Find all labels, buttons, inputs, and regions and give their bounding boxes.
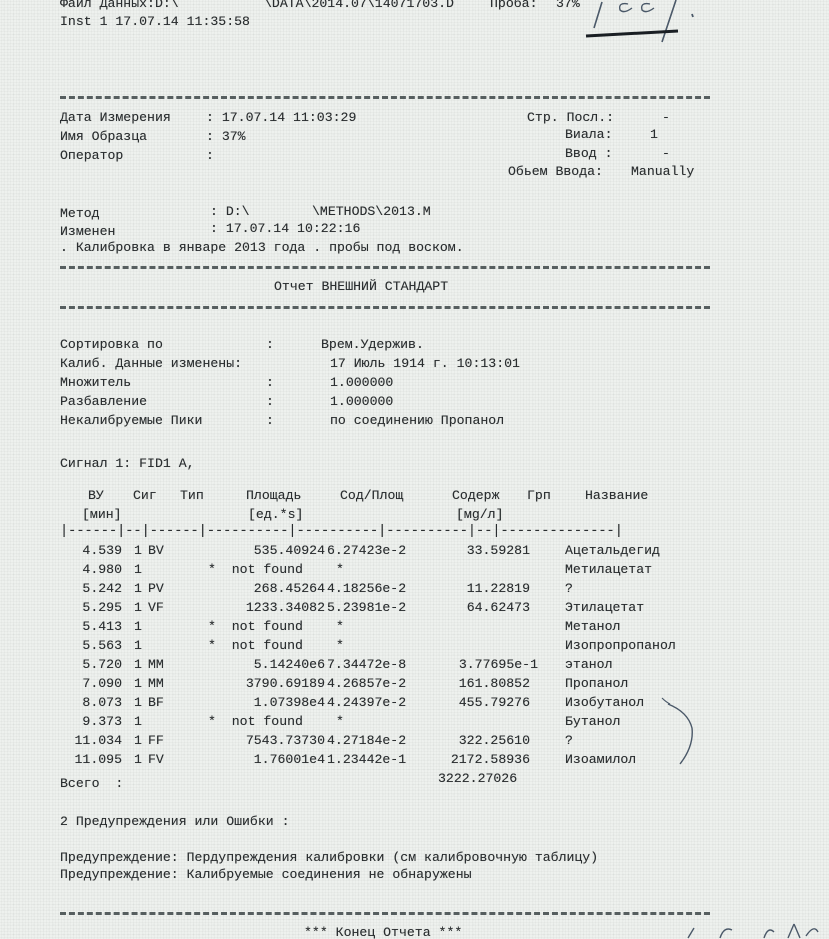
cell-type: FF <box>148 733 164 749</box>
cell-amt-area: * <box>336 714 344 730</box>
setting-label: Сортировка по <box>60 337 163 353</box>
cell-rt: 5.563 <box>82 638 122 654</box>
table-row: 5.2421PV268.452644.18256e-211.22819? <box>0 581 829 600</box>
handwritten-note <box>680 920 820 939</box>
vial-label: Виала: <box>565 127 612 143</box>
warning-item: Предупреждение: Калибруемые соединения н… <box>60 867 472 883</box>
cell-name: Этилацетат <box>565 600 644 616</box>
sample-name-label: Имя Образца <box>60 129 147 145</box>
cell-name: Изопропропанол <box>565 638 676 654</box>
cell-type: BV <box>148 543 164 559</box>
method-comment: . Калибровка в январе 2013 года . пробы … <box>60 240 464 256</box>
cell-type: MM <box>148 657 164 673</box>
cell-amount: 455.79276 <box>459 695 530 711</box>
cell-name: Изоамилол <box>565 752 636 768</box>
cell-amount: 322.25610 <box>459 733 530 749</box>
cell-name: Метанол <box>565 619 620 635</box>
warnings-count: 2 Предупреждения или Ошибки : <box>60 814 290 830</box>
cell-sig: 1 <box>134 562 142 578</box>
table-row: 7.0901MM3790.691894.26857e-2161.80852Про… <box>0 676 829 695</box>
table-row: 5.7201MM5.14240e67.34472e-83.77695e-1эта… <box>0 657 829 676</box>
table-row: 5.2951VF1233.340825.23981e-264.62473Этил… <box>0 600 829 619</box>
cell-sig: 1 <box>134 581 142 597</box>
cell-sig: 1 <box>134 600 142 616</box>
cell-rt: 9.373 <box>82 714 122 730</box>
col-header-grp: Грп <box>527 488 551 504</box>
col-header-sig: Сиг <box>133 488 157 504</box>
cell-name: Пропанол <box>565 676 628 692</box>
cell-area: 268.45264 <box>254 581 325 597</box>
cell-amt-area: 4.26857e-2 <box>327 676 406 692</box>
table-row: 4.5391BV535.409246.27423e-233.59281Ацета… <box>0 543 829 562</box>
cell-name: этанол <box>565 657 612 673</box>
cell-name: Ацетальдегид <box>565 543 660 559</box>
cell-amount: 33.59281 <box>467 543 530 559</box>
col-header-amount: Содерж <box>452 488 499 504</box>
setting-separator: : <box>266 413 274 429</box>
report-footer: *** Конец Отчета *** <box>304 925 462 939</box>
table-row: 5.4131* not found*Метанол <box>0 619 829 638</box>
cell-rt: 11.095 <box>75 752 122 768</box>
setting-value: 1.000000 <box>330 375 393 391</box>
cell-area: 3790.69189 <box>246 676 325 692</box>
cell-name: Бутанол <box>565 714 620 730</box>
cell-amt-area: 6.27423e-2 <box>327 543 406 559</box>
setting-label: Калиб. Данные изменены: <box>60 356 242 372</box>
vial-value: 1 <box>650 127 658 143</box>
table-row: 9.3731* not found*Бутанол <box>0 714 829 733</box>
cell-rt: 4.980 <box>82 562 122 578</box>
cell-area: * not found <box>208 619 303 635</box>
seq-line-label: Стр. Посл.: <box>527 110 614 126</box>
divider <box>60 96 710 99</box>
report-page: Файл Данных:D:\ \DATA\2014.07\14071703.D… <box>0 0 829 939</box>
cell-amount: 2172.58936 <box>451 752 530 768</box>
divider <box>60 912 710 915</box>
cell-sig: 1 <box>134 752 142 768</box>
operator-value: : <box>206 148 214 164</box>
cell-sig: 1 <box>134 714 142 730</box>
measure-date-value: : 17.07.14 11:03:29 <box>206 110 356 126</box>
total-label: Всего : <box>60 776 123 792</box>
cell-area: 535.40924 <box>254 543 325 559</box>
cell-amount: 161.80852 <box>459 676 530 692</box>
cell-rt: 5.720 <box>82 657 122 673</box>
cell-sig: 1 <box>134 676 142 692</box>
setting-separator: : <box>266 375 274 391</box>
cell-amt-area: 4.24397e-2 <box>327 695 406 711</box>
method-label: Метод <box>60 206 100 222</box>
table-row: 8.0731BF1.07398e44.24397e-2455.79276Изоб… <box>0 695 829 714</box>
table-separator: |------|--|------|----------|----------|… <box>60 524 623 540</box>
cell-sig: 1 <box>134 638 142 654</box>
cell-rt: 4.539 <box>82 543 122 559</box>
cell-area: * not found <box>208 638 303 654</box>
cell-rt: 11.034 <box>75 733 122 749</box>
sample-value: 37% <box>556 0 580 12</box>
modified-label: Изменен <box>60 224 115 240</box>
warning-item: Предупреждение: Пердупреждения калибровк… <box>60 850 598 866</box>
sample-name-value: : 37% <box>206 129 246 145</box>
seq-line-value: - <box>662 110 670 126</box>
method-value-suffix: \METHODS\2013.M <box>312 204 431 220</box>
cell-type: MM <box>148 676 164 692</box>
modified-value: : 17.07.14 10:22:16 <box>210 221 360 237</box>
cell-sig: 1 <box>134 543 142 559</box>
sample-label: Проба: <box>490 0 537 12</box>
cell-amt-area: 1.23442e-1 <box>327 752 406 768</box>
injection-volume-label: Обьем Ввода: <box>508 164 603 180</box>
setting-value: Врем.Удержив. <box>321 337 424 353</box>
cell-area: 1233.34082 <box>246 600 325 616</box>
cell-type: VF <box>148 600 164 616</box>
cell-sig: 1 <box>134 733 142 749</box>
col-header-area: Площадь <box>246 488 301 504</box>
data-file-label: Файл Данных:D:\ <box>60 0 179 12</box>
col-header-amount-unit: [мg/л] <box>456 507 503 523</box>
col-header-rt-unit: [мин] <box>82 507 122 523</box>
divider <box>60 306 710 309</box>
setting-separator: : <box>266 337 274 353</box>
measure-date-label: Дата Измерения <box>60 110 171 126</box>
cell-rt: 5.413 <box>82 619 122 635</box>
cell-sig: 1 <box>134 657 142 673</box>
cell-name: Изобутанол <box>565 695 644 711</box>
table-row: 4.9801* not found*Метилацетат <box>0 562 829 581</box>
cell-rt: 5.295 <box>82 600 122 616</box>
cell-area: 5.14240e6 <box>254 657 325 673</box>
cell-amt-area: * <box>336 619 344 635</box>
cell-type: FV <box>148 752 164 768</box>
cell-amt-area: 4.18256e-2 <box>327 581 406 597</box>
cell-amt-area: 7.34472e-8 <box>327 657 406 673</box>
cell-name: Метилацетат <box>565 562 652 578</box>
cell-name: ? <box>565 733 573 749</box>
cell-type: BF <box>148 695 164 711</box>
cell-area: * not found <box>208 562 303 578</box>
signal-label: Сигнал 1: FID1 A, <box>60 456 195 472</box>
divider <box>60 266 710 269</box>
setting-value: 17 Июль 1914 г. 10:13:01 <box>330 356 520 372</box>
cell-sig: 1 <box>134 695 142 711</box>
col-header-amt-area: Сод/Площ <box>340 488 403 504</box>
inst-line: Inst 1 17.07.14 11:35:58 <box>60 14 250 30</box>
cell-amt-area: * <box>336 562 344 578</box>
setting-label: Множитель <box>60 375 131 391</box>
cell-amount: 11.22819 <box>467 581 530 597</box>
col-header-name: Название <box>585 488 648 504</box>
setting-value: по соединению Пропанол <box>330 413 504 429</box>
data-file-path: \DATA\2014.07\14071703.D <box>264 0 454 12</box>
col-header-rt: ВУ <box>88 488 104 504</box>
col-header-type: Тип <box>180 488 204 504</box>
operator-label: Оператор <box>60 148 123 164</box>
injection-volume-value: Manually <box>631 164 694 180</box>
total-value: 3222.27026 <box>438 771 517 787</box>
cell-name: ? <box>565 581 573 597</box>
injection-label: Ввод : <box>565 146 612 162</box>
cell-rt: 8.073 <box>82 695 122 711</box>
setting-separator: : <box>266 394 274 410</box>
cell-amount: 3.77695e-1 <box>459 657 538 673</box>
cell-type: PV <box>148 581 164 597</box>
cell-rt: 7.090 <box>82 676 122 692</box>
method-value-prefix: : D:\ <box>210 204 250 220</box>
cell-area: 1.76001e4 <box>254 752 325 768</box>
table-row: 5.5631* not found*Изопропропанол <box>0 638 829 657</box>
cell-sig: 1 <box>134 619 142 635</box>
cell-amt-area: 5.23981e-2 <box>327 600 406 616</box>
cell-amt-area: * <box>336 638 344 654</box>
cell-amt-area: 4.27184e-2 <box>327 733 406 749</box>
cell-area: * not found <box>208 714 303 730</box>
table-row: 11.0341FF7543.737304.27184e-2322.25610? <box>0 733 829 752</box>
setting-label: Некалибруемые Пики <box>60 413 202 429</box>
cell-area: 1.07398e4 <box>254 695 325 711</box>
report-title: Отчет ВНЕШНИЙ СТАНДАРТ <box>274 279 448 295</box>
setting-value: 1.000000 <box>330 394 393 410</box>
cell-amount: 64.62473 <box>467 600 530 616</box>
table-row: 11.0951FV1.76001e41.23442e-12172.58936Из… <box>0 752 829 771</box>
cell-area: 7543.73730 <box>246 733 325 749</box>
setting-label: Разбавление <box>60 394 147 410</box>
cell-rt: 5.242 <box>82 581 122 597</box>
injection-value: - <box>662 146 670 162</box>
handwritten-annotation <box>580 0 780 50</box>
col-header-area-unit: [ед.*s] <box>248 507 303 523</box>
